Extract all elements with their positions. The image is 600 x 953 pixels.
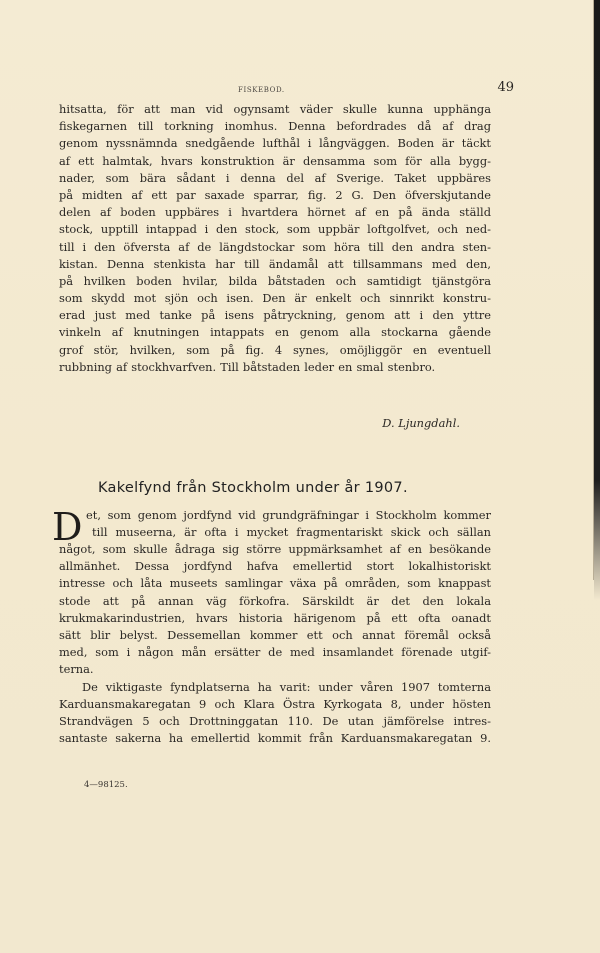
book-page: FISKEBOD. 49 hitsatta, för att man vid o… <box>0 0 600 953</box>
text-line: som skydd mot sjön och isen. Den är enke… <box>59 290 491 307</box>
running-head: FISKEBOD. 49 <box>90 80 510 100</box>
text-line: på midten af ett par saxade sparrar, fig… <box>59 187 491 204</box>
text-line: grof stör, hvilken, som på fig. 4 synes,… <box>59 342 491 359</box>
text-line: intresse och låta museets samlingar växa… <box>59 575 491 592</box>
text-line: et, som genom jordfynd vid grundgräfning… <box>86 507 491 524</box>
text-line: genom nyssnämnda snedgående lufthål i lå… <box>59 135 491 152</box>
text-line: kistan. Denna stenkista har till ändamål… <box>59 256 491 273</box>
text-line: stock, upptill intappad i den stock, som… <box>59 221 491 238</box>
text-line: af ett halmtak, hvars konstruktion är de… <box>59 153 491 170</box>
text-line: till museerna, är ofta i mycket fragment… <box>86 524 491 541</box>
text-line: till i den öfversta af de längdstockar s… <box>59 239 491 256</box>
text-line: rubbning af stockhvarfven. Till båtstade… <box>59 359 491 376</box>
text-line: Karduansmakaregatan 9 och Klara Östra Ky… <box>59 696 491 713</box>
text-line: delen af boden uppbäres i hvartdera hörn… <box>59 204 491 221</box>
page-number: 49 <box>497 80 514 95</box>
text-line: terna. <box>59 661 491 678</box>
running-title: FISKEBOD. <box>238 86 285 94</box>
text-line: erad just med tanke på isens påtryckning… <box>59 307 491 324</box>
text-line: allmänhet. Dessa jordfynd hafva emellert… <box>59 558 491 575</box>
text-line: med, som i någon mån ersätter de med ins… <box>59 644 491 661</box>
text-line: De viktigaste fyndplatserna ha varit: un… <box>59 679 491 696</box>
page-edge-line <box>593 0 594 580</box>
text-line: hitsatta, för att man vid ogynsamt väder… <box>59 101 491 118</box>
text-line: krukmakarindustrien, hvars historia häri… <box>59 610 491 627</box>
page-edge-shadow <box>594 0 600 600</box>
article-kakelfynd-body: något, som skulle ådraga sig större uppm… <box>59 541 491 747</box>
author-signature: D. Ljungdahl. <box>340 416 460 430</box>
text-line: vinkeln af knutningen intappats en genom… <box>59 324 491 341</box>
text-line: fiskegarnen till torkning inomhus. Denna… <box>59 118 491 135</box>
text-line: något, som skulle ådraga sig större uppm… <box>59 541 491 558</box>
printer-signature: 4—98125. <box>84 780 128 790</box>
text-line: på hvilken boden hvilar, bilda båtstaden… <box>59 273 491 290</box>
article-kakelfynd-opening: et, som genom jordfynd vid grundgräfning… <box>86 507 491 541</box>
text-line: stode att på annan väg förkofra. Särskil… <box>59 593 491 610</box>
text-line: santaste sakerna ha emellertid kommit fr… <box>59 730 491 747</box>
article-title: Kakelfynd från Stockholm under år 1907. <box>98 480 518 496</box>
text-line: Strandvägen 5 och Drottninggatan 110. De… <box>59 713 491 730</box>
text-line: sätt blir belyst. Dessemellan kommer ett… <box>59 627 491 644</box>
text-line: nader, som bära sådant i denna del af Sv… <box>59 170 491 187</box>
article-fiskebod-body: hitsatta, för att man vid ogynsamt väder… <box>59 101 491 376</box>
